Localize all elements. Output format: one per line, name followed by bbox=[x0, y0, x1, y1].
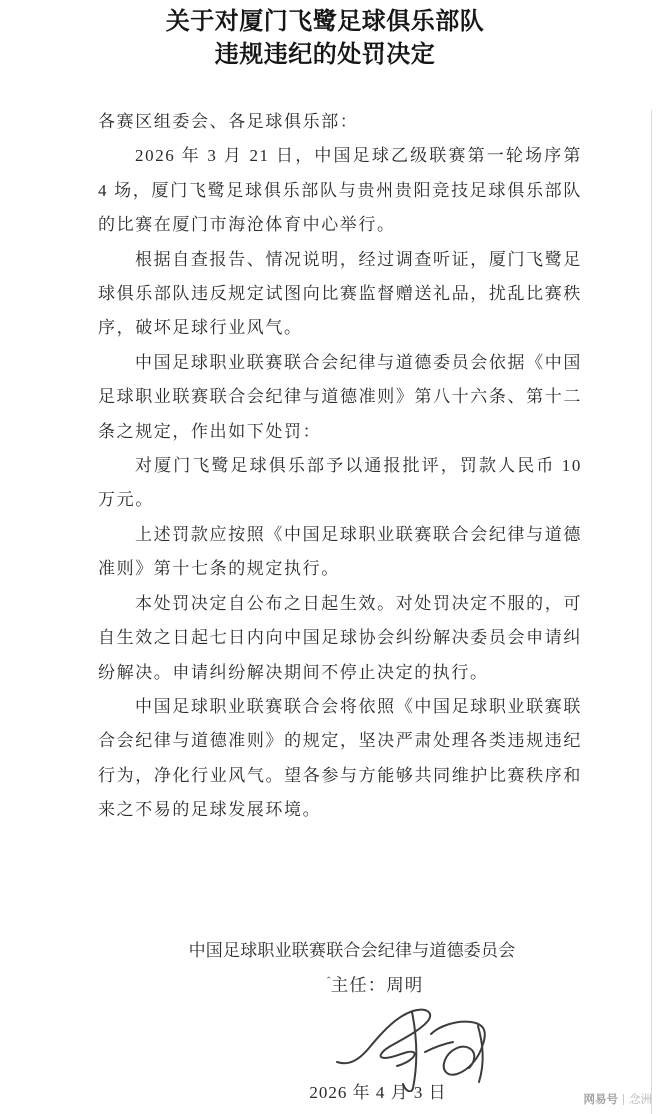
salutation: 各赛区组委会、各足球俱乐部： bbox=[98, 105, 582, 139]
document-title: 关于对厦门飞鹭足球俱乐部队 违规违纪的处罚决定 bbox=[0, 6, 650, 72]
document-page: 关于对厦门飞鹭足球俱乐部队 违规违纪的处罚决定 各赛区组委会、各足球俱乐部： 2… bbox=[0, 0, 660, 1114]
document-body: 各赛区组委会、各足球俱乐部： 2026 年 3 月 21 日，中国足球乙级联赛第… bbox=[98, 105, 582, 828]
paragraph-4: 对厦门飞鹭足球俱乐部予以通报批评，罚款人民币 10 万元。 bbox=[98, 449, 582, 518]
paragraph-2: 根据自查报告、情况说明，经过调查听证，厦门飞鹭足球俱乐部队违反规定试图向比赛监督… bbox=[98, 243, 582, 346]
scan-edge-line bbox=[651, 110, 652, 1114]
signer-label: 主任：周明 bbox=[331, 975, 424, 995]
paragraph-1: 2026 年 3 月 21 日，中国足球乙级联赛第一轮场序第 4 场，厦门飞鹭足… bbox=[98, 139, 582, 242]
paragraph-5: 上述罚款应按照《中国足球职业联赛联合会纪律与道德准则》第十七条的规定执行。 bbox=[98, 518, 582, 587]
paragraph-7: 中国足球职业联赛联合会将依照《中国足球职业联赛联合会纪律与道德准则》的规定，坚决… bbox=[98, 690, 582, 828]
signature-signer: ˆ主任：周明 bbox=[90, 972, 660, 997]
watermark-divider-icon bbox=[623, 1094, 624, 1105]
watermark-account: 念洲 bbox=[629, 1091, 652, 1107]
watermark-platform: 网易号 bbox=[584, 1091, 619, 1107]
document-title-line1: 关于对厦门飞鹭足球俱乐部队 bbox=[0, 6, 650, 39]
signature-organization: 中国足球职业联赛联合会纪律与道德委员会 bbox=[44, 936, 660, 961]
paragraph-6: 本处罚决定自公布之日起生效。对处罚决定不服的，可自生效之日起七日内向中国足球协会… bbox=[98, 587, 582, 690]
watermark: 网易号 念洲 bbox=[584, 1091, 653, 1107]
signature-date: 2026 年 4 月 3 日 bbox=[96, 1078, 660, 1103]
paragraph-3: 中国足球职业联赛联合会纪律与道德委员会依据《中国足球职业联赛联合会纪律与道德准则… bbox=[98, 346, 582, 449]
document-title-line2: 违规违纪的处罚决定 bbox=[0, 39, 650, 72]
